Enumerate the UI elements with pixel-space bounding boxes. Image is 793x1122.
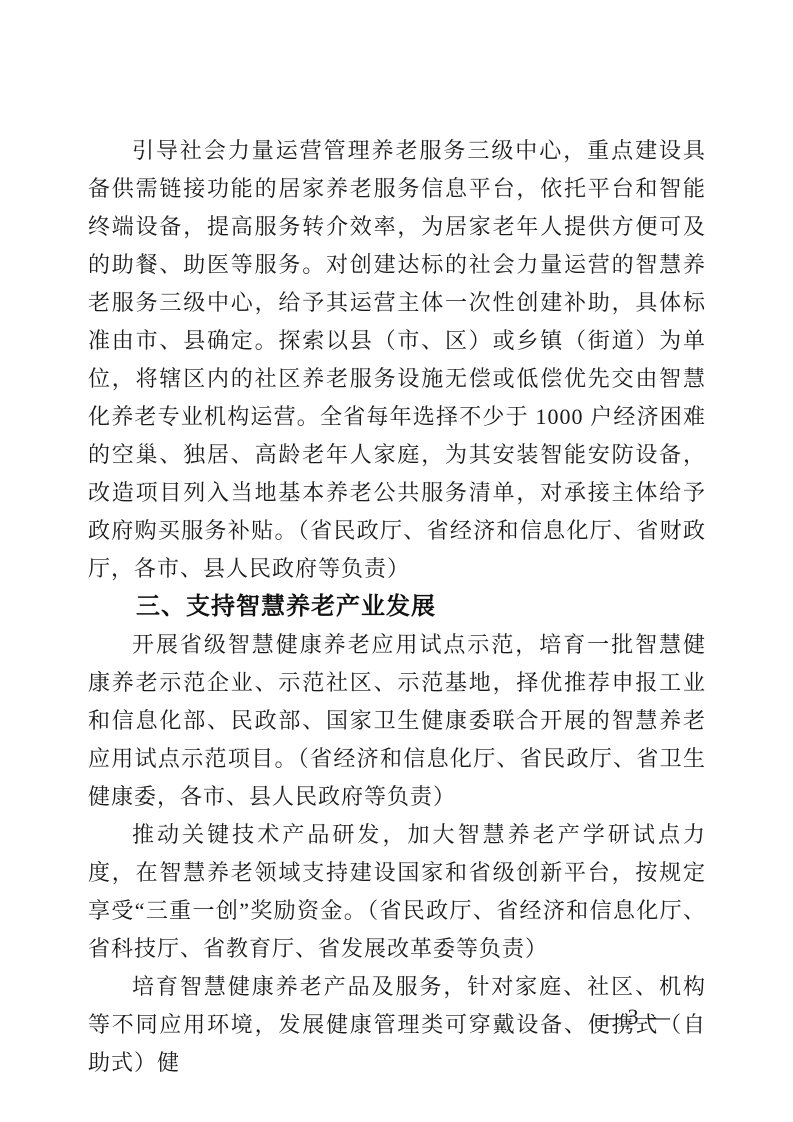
body-paragraph: 开展省级智慧健康养老应用试点示范，培育一批智慧健康养老示范企业、示范社区、示范基… xyxy=(88,626,706,816)
document-body: 引导社会力量运营管理养老服务三级中心，重点建设具备供需链接功能的居家养老服务信息… xyxy=(88,132,706,1082)
document-page: 引导社会力量运营管理养老服务三级中心，重点建设具备供需链接功能的居家养老服务信息… xyxy=(0,0,793,1122)
section-heading: 三、支持智慧养老产业发展 xyxy=(88,588,706,626)
page-number: — 3 — xyxy=(596,998,672,1036)
body-paragraph: 引导社会力量运营管理养老服务三级中心，重点建设具备供需链接功能的居家养老服务信息… xyxy=(88,132,706,588)
body-paragraph: 推动关键技术产品研发，加大智慧养老产学研试点力度，在智慧养老领域支持建设国家和省… xyxy=(88,816,706,968)
